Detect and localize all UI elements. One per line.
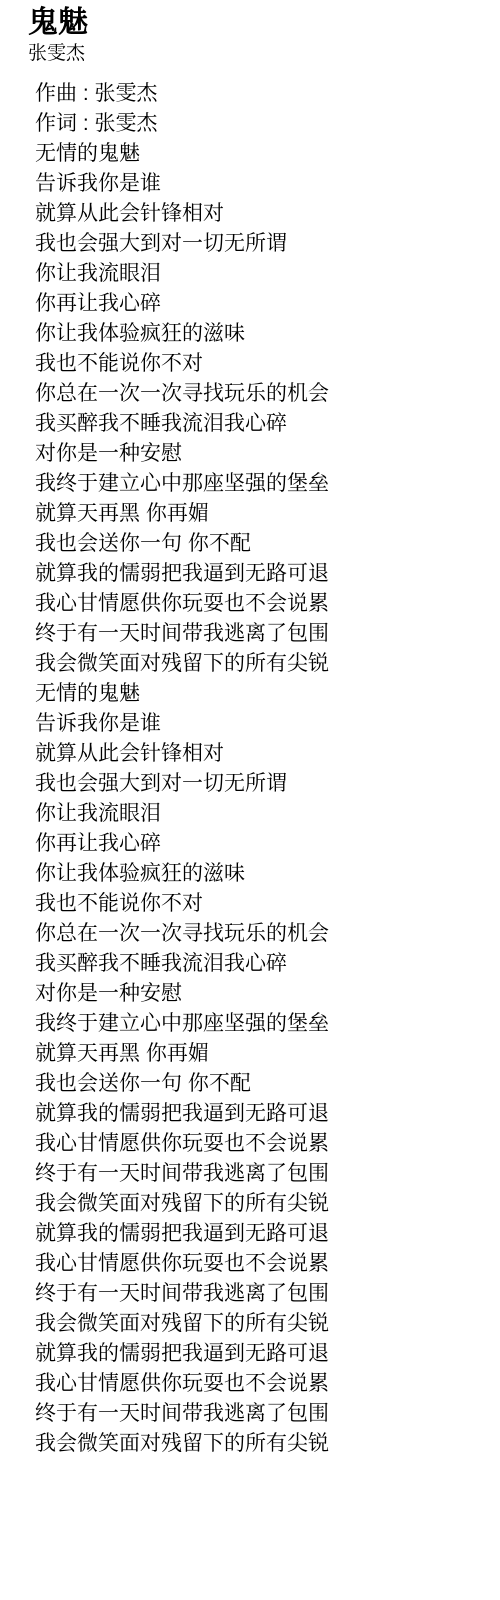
lyric-line: 我终于建立心中那座坚强的堡垒 xyxy=(35,1009,500,1039)
lyric-line: 就算从此会针锋相对 xyxy=(35,199,500,229)
lyric-line: 我会微笑面对残留下的所有尖锐 xyxy=(35,1309,500,1339)
lyric-line: 终于有一天时间带我逃离了包围 xyxy=(35,1399,500,1429)
lyric-line: 我会微笑面对残留下的所有尖锐 xyxy=(35,1189,500,1219)
lyric-line: 对你是一种安慰 xyxy=(35,439,500,469)
artist-name: 张雯杰 xyxy=(0,40,500,66)
lyric-line: 我会微笑面对残留下的所有尖锐 xyxy=(35,649,500,679)
lyric-line: 终于有一天时间带我逃离了包围 xyxy=(35,1159,500,1189)
lyric-line: 我会微笑面对残留下的所有尖锐 xyxy=(35,1429,500,1459)
lyric-line: 我心甘情愿供你玩耍也不会说累 xyxy=(35,1249,500,1279)
lyric-line: 就算我的懦弱把我逼到无路可退 xyxy=(35,559,500,589)
lyric-line: 作词 : 张雯杰 xyxy=(35,109,500,139)
lyric-line: 你再让我心碎 xyxy=(35,829,500,859)
lyric-line: 对你是一种安慰 xyxy=(35,979,500,1009)
lyric-line: 作曲 : 张雯杰 xyxy=(35,79,500,109)
lyric-line: 就算我的懦弱把我逼到无路可退 xyxy=(35,1099,500,1129)
lyric-line: 我买醉我不睡我流泪我心碎 xyxy=(35,949,500,979)
lyric-line: 就算我的懦弱把我逼到无路可退 xyxy=(35,1339,500,1369)
lyric-line: 我也会送你一句 你不配 xyxy=(35,1069,500,1099)
lyric-line: 我心甘情愿供你玩耍也不会说累 xyxy=(35,589,500,619)
lyric-line: 我终于建立心中那座坚强的堡垒 xyxy=(35,469,500,499)
lyric-line: 你让我流眼泪 xyxy=(35,799,500,829)
lyric-line: 你让我体验疯狂的滋味 xyxy=(35,859,500,889)
lyric-line: 就算从此会针锋相对 xyxy=(35,739,500,769)
lyric-line: 我也会强大到对一切无所谓 xyxy=(35,229,500,259)
song-title: 鬼魅 xyxy=(0,0,500,40)
lyric-line: 你让我流眼泪 xyxy=(35,259,500,289)
lyrics-page: 鬼魅 张雯杰 作曲 : 张雯杰作词 : 张雯杰无情的鬼魅告诉我你是谁就算从此会针… xyxy=(0,0,500,1600)
lyric-line: 终于有一天时间带我逃离了包围 xyxy=(35,619,500,649)
lyric-line: 告诉我你是谁 xyxy=(35,169,500,199)
lyric-line: 我买醉我不睡我流泪我心碎 xyxy=(35,409,500,439)
lyric-line: 无情的鬼魅 xyxy=(35,139,500,169)
lyric-line: 我也会强大到对一切无所谓 xyxy=(35,769,500,799)
lyric-line: 你让我体验疯狂的滋味 xyxy=(35,319,500,349)
lyric-line: 我也会送你一句 你不配 xyxy=(35,529,500,559)
lyric-line: 你总在一次一次寻找玩乐的机会 xyxy=(35,919,500,949)
lyric-line: 我心甘情愿供你玩耍也不会说累 xyxy=(35,1129,500,1159)
lyric-line: 终于有一天时间带我逃离了包围 xyxy=(35,1279,500,1309)
lyric-line: 我也不能说你不对 xyxy=(35,349,500,379)
lyric-line: 你总在一次一次寻找玩乐的机会 xyxy=(35,379,500,409)
lyric-line: 就算我的懦弱把我逼到无路可退 xyxy=(35,1219,500,1249)
lyrics-block: 作曲 : 张雯杰作词 : 张雯杰无情的鬼魅告诉我你是谁就算从此会针锋相对我也会强… xyxy=(0,66,500,1459)
lyric-line: 你再让我心碎 xyxy=(35,289,500,319)
lyric-line: 我心甘情愿供你玩耍也不会说累 xyxy=(35,1369,500,1399)
lyric-line: 告诉我你是谁 xyxy=(35,709,500,739)
lyric-line: 我也不能说你不对 xyxy=(35,889,500,919)
lyric-line: 无情的鬼魅 xyxy=(35,679,500,709)
lyric-line: 就算天再黑 你再媚 xyxy=(35,499,500,529)
lyric-line: 就算天再黑 你再媚 xyxy=(35,1039,500,1069)
